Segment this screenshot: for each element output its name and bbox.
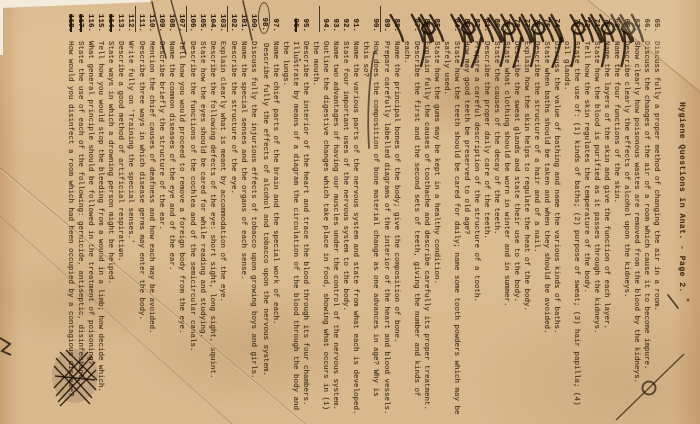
- question-row: 95.Describe the interior of the heart an…: [300, 6, 310, 420]
- question-text: Prepare carefully labelled diagrams of t…: [381, 41, 391, 417]
- question-text: State how the eyes should be cared for w…: [197, 41, 207, 417]
- question-number: 84.: [451, 6, 461, 32]
- question-row: 86.Explain fully the causes of toothache…: [421, 6, 431, 420]
- question-number: 71.: [591, 6, 601, 32]
- question-text: Outline the digestive changes which take…: [310, 41, 330, 417]
- question-number: 66.: [641, 6, 651, 32]
- question-number: 94.: [319, 6, 330, 32]
- question-text: Name the chief parts of the brain and th…: [270, 41, 280, 417]
- question-number: 104.: [207, 6, 217, 32]
- question-number: 114.: [105, 6, 115, 32]
- question-row: 101.Name the special senses and the orga…: [238, 6, 248, 420]
- question-row: 111.Describe three ways in which disease…: [135, 6, 146, 420]
- question-text: Describe three ways in which disease ger…: [136, 41, 146, 417]
- question-text: State ways in which a drowning person mi…: [105, 41, 115, 417]
- question-number: 93.: [330, 6, 340, 32]
- question-text: Mention the chief causes of deafness and…: [146, 41, 156, 417]
- question-text: Tell how you would proceed to remove a f…: [176, 41, 186, 417]
- question-text: How would you disinfect a room which had…: [65, 41, 75, 417]
- question-number: 82.: [471, 6, 481, 32]
- question-text: Name the various parts of the nervous sy…: [350, 41, 360, 417]
- question-text: Discuss the value of bathing and name th…: [551, 41, 561, 417]
- page-title: Hygiene Questions in Anat. - Page 2.: [677, 102, 686, 420]
- question-row: 85.State how the gums may be kept in a h…: [431, 6, 441, 420]
- typewritten-sheet: Hygiene Questions in Anat. - Page 2. 65.…: [0, 0, 700, 420]
- question-row: 76.Describe the structure of a hair and …: [531, 6, 541, 420]
- question-row: 87.Describe the first and the second set…: [401, 6, 421, 420]
- question-text: Write fully on 'Training the special sen…: [125, 41, 135, 417]
- question-row: 67.Show clearly how poisonous wastes are…: [631, 6, 641, 420]
- question-text: Discuss fully the injurious effects of t…: [248, 41, 258, 417]
- question-text: Describe the interior of the heart and t…: [300, 41, 310, 417]
- question-row: 89.Prepare carefully labelled diagrams o…: [380, 6, 391, 420]
- question-row: 73.State the use of: (1) kinds of baths;…: [561, 6, 581, 420]
- question-text: How may good teeth be preserved to old a…: [461, 41, 471, 417]
- question-text: Name two advantages of having our muscle…: [330, 41, 340, 417]
- question-row: 80.State the causes of the decay of the …: [491, 6, 501, 420]
- question-row: 105.State how the eyes should be cared f…: [197, 6, 207, 420]
- question-row: 108.Name the common diseases of the eye …: [166, 6, 176, 420]
- question-text: Describe the structure of the eye.: [228, 41, 238, 417]
- question-row: 82.Prepare a careful description of the …: [471, 6, 481, 420]
- question-row: 106.Describe the functions of the cochle…: [186, 6, 197, 420]
- question-text: Name the layers of the skin and give the…: [601, 41, 611, 417]
- question-number: 108.: [166, 6, 176, 32]
- question-text: State what clothing should be worn in wi…: [501, 41, 511, 417]
- question-number: 102.: [227, 6, 238, 32]
- question-row: 100.Discuss fully the injurious effects …: [248, 6, 258, 420]
- question-text: Describe a good method of artificial res…: [115, 41, 125, 417]
- question-number: 96.: [290, 6, 300, 32]
- question-text: Prepare a careful description of the str…: [471, 41, 481, 417]
- question-number: 70.: [601, 6, 611, 32]
- question-number: 111.: [135, 6, 146, 32]
- question-number: 75.: [541, 6, 551, 32]
- question-row: 109.Describe briefly the structure of th…: [156, 6, 166, 420]
- question-number: 74.: [551, 6, 561, 32]
- question-number: 77.: [521, 6, 531, 32]
- question-number: 87.: [411, 6, 421, 32]
- question-number: 106.: [186, 6, 197, 32]
- question-text: Explain clearly what is meant by accommo…: [217, 41, 227, 417]
- question-row: 114.State ways in which a drowning perso…: [105, 6, 115, 420]
- question-row: 104.Describe the following defects of th…: [207, 6, 217, 420]
- question-row: 118.How would you disinfect a room which…: [65, 6, 75, 420]
- question-text: State how the teeth should be cared for …: [441, 41, 461, 417]
- question-number: 116.: [85, 6, 95, 32]
- question-row: 116.What general principle should be fol…: [85, 6, 95, 420]
- question-text: Tell how the skin regulates the temperat…: [581, 41, 591, 417]
- question-number: 85.: [431, 6, 441, 32]
- question-row: 84.State how the teeth should be cared f…: [441, 6, 461, 420]
- scanned-document-page: Hygiene Questions in Anat. - Page 2. 65.…: [0, 0, 700, 424]
- question-text: State when baths should be taken and whe…: [541, 41, 551, 417]
- question-number: 110.: [146, 6, 156, 32]
- question-text: Describe the structure of a hair and of …: [531, 41, 541, 417]
- question-text: How does the composition of bone materia…: [360, 41, 380, 417]
- question-row: 88.Name the principal bones of the body;…: [391, 6, 401, 420]
- question-number: 117.: [75, 6, 85, 32]
- question-text: State the causes of the decay of the tee…: [491, 41, 501, 417]
- question-text: Show clearly how poisonous wastes are re…: [631, 41, 641, 417]
- question-list: 65.Discuss fully a proper method of chan…: [65, 6, 661, 420]
- question-number: 86.: [421, 6, 431, 32]
- question-row: 97.Name the chief parts of the brain and…: [270, 6, 280, 420]
- question-number: 115.: [95, 6, 105, 32]
- question-text: Describe the functions of the cochlea an…: [187, 41, 197, 417]
- question-text: State how the blood is purified as it pa…: [591, 41, 601, 417]
- question-row: 77.Explain how the skin helps to regulat…: [521, 6, 531, 420]
- question-text: Explain fully the causes of toothache an…: [421, 41, 431, 417]
- question-number: 97.: [270, 6, 280, 32]
- question-text: Describe clearly the effects of alcohol …: [621, 41, 631, 417]
- question-number: 105.: [197, 6, 207, 32]
- question-row: 72.Tell how the skin regulates the tempe…: [581, 6, 591, 420]
- question-number: 79.: [501, 6, 511, 32]
- question-number: 91.: [350, 6, 360, 32]
- question-row: 68.Describe clearly the effects of alcoh…: [621, 6, 631, 420]
- question-row: 78.Describe the sweat glands and state t…: [511, 6, 521, 420]
- question-text: State the use of: (1) kinds of baths; (2…: [561, 41, 581, 417]
- question-number: 69.: [611, 6, 621, 32]
- question-number: 107.: [176, 6, 186, 32]
- question-row: 96.Illustrate by means of a diagram the …: [280, 6, 300, 420]
- question-number: 100.: [248, 6, 258, 32]
- question-text: What general principle should be followe…: [85, 41, 95, 417]
- question-row: 113.Describe a good method of artificial…: [115, 6, 125, 420]
- question-number: 90.: [370, 6, 380, 32]
- question-number: 98.: [258, 2, 270, 34]
- question-number: 101.: [238, 6, 248, 32]
- question-row: 110.Mention the chief causes of deafness…: [146, 6, 156, 420]
- question-row: 102.Describe the structure of the eye.: [227, 6, 238, 420]
- question-row: 103.Explain clearly what is meant by acc…: [217, 6, 227, 420]
- question-number: 68.: [621, 6, 631, 32]
- question-row: 107.Tell how you would proceed to remove…: [176, 6, 186, 420]
- question-number: 92.: [340, 6, 350, 32]
- question-text: Tell how you would stop the bleeding fro…: [95, 41, 105, 417]
- question-row: 91.Name the various parts of the nervous…: [350, 6, 360, 420]
- question-row: 71.State how the blood is purified as it…: [591, 6, 601, 420]
- question-text: Name the common diseases of the eye and …: [166, 41, 176, 417]
- question-number: 95.: [300, 6, 310, 32]
- sheet-content: Hygiene Questions in Anat. - Page 2. 65.…: [65, 0, 700, 420]
- question-number: 73.: [571, 6, 581, 32]
- question-number: 88.: [391, 6, 401, 32]
- question-number: 89.: [380, 6, 391, 32]
- question-row: 70.Name the layers of the skin and give …: [601, 6, 611, 420]
- scan-edge-left: [0, 0, 3, 55]
- question-number: 65.: [651, 6, 661, 32]
- question-text: Name the special senses and the organs o…: [238, 41, 248, 417]
- question-text: Describe the first and the second sets o…: [401, 41, 421, 417]
- question-row: 94.Outline the digestive changes which t…: [310, 6, 330, 420]
- question-row: 98.Describe fully the effects of alcohol…: [258, 6, 270, 420]
- question-text: Describe the proper daily care of the te…: [481, 41, 491, 417]
- question-text: State four important uses of the nervous…: [340, 41, 350, 417]
- question-number: 103.: [217, 6, 227, 32]
- question-number: 113.: [115, 6, 125, 32]
- question-row: 74.Discuss the value of bathing and name…: [551, 6, 561, 420]
- question-text: Describe the following defects of the ey…: [207, 41, 217, 417]
- question-number: 81.: [481, 6, 491, 32]
- question-row: 66.Discuss the changes of the air of a r…: [641, 6, 651, 420]
- question-number: 72.: [581, 6, 591, 32]
- question-row: 93.Name two advantages of having our mus…: [330, 6, 340, 420]
- question-row: 75.State when baths should be taken and …: [541, 6, 551, 420]
- question-row: 117.State the use of each of the followi…: [75, 6, 85, 420]
- question-text: State the use of each of the following: …: [75, 41, 85, 417]
- question-text: Discuss the changes of the air of a room…: [641, 41, 651, 417]
- question-text: State how the gums may be kept in a heal…: [431, 41, 441, 417]
- question-row: 83.How may good teeth be preserved to ol…: [461, 6, 471, 420]
- question-text: Explain how the skin helps to regulate t…: [521, 41, 531, 417]
- question-text: Describe the sweat glands and state thei…: [511, 41, 521, 417]
- question-row: 65.Discuss fully a proper method of chan…: [651, 6, 661, 420]
- question-text: Illustrate by means of a diagram the cir…: [280, 41, 300, 417]
- question-text: Name the principal bones of the body; gi…: [391, 41, 401, 417]
- question-text: Name the four functions of the skin.: [611, 41, 621, 417]
- question-number: 78.: [511, 6, 521, 32]
- question-row: 81.Describe the proper daily care of the…: [481, 6, 491, 420]
- question-row: 92.State four important uses of the nerv…: [340, 6, 350, 420]
- question-row: 69.Name the four functions of the skin.: [611, 6, 621, 420]
- question-text: Discuss fully a proper method of changin…: [651, 41, 661, 417]
- question-row: 90.How does the composition of bone mate…: [360, 6, 380, 420]
- question-number: 76.: [531, 6, 541, 32]
- question-number: 118.: [65, 6, 75, 32]
- question-number: 80.: [491, 6, 501, 32]
- question-text: Describe briefly the structure of the ea…: [156, 41, 166, 417]
- question-row: 112.Write fully on 'Training the special…: [125, 6, 135, 420]
- question-number: 109.: [156, 6, 166, 32]
- question-number: 67.: [631, 6, 641, 32]
- question-number: 112.: [125, 6, 135, 32]
- question-row: 115.Tell how you would stop the bleeding…: [95, 6, 105, 420]
- question-number: 83.: [461, 6, 471, 32]
- question-row: 79.State what clothing should be worn in…: [501, 6, 511, 420]
- question-text: Describe fully the effects of alcohol an…: [260, 43, 270, 419]
